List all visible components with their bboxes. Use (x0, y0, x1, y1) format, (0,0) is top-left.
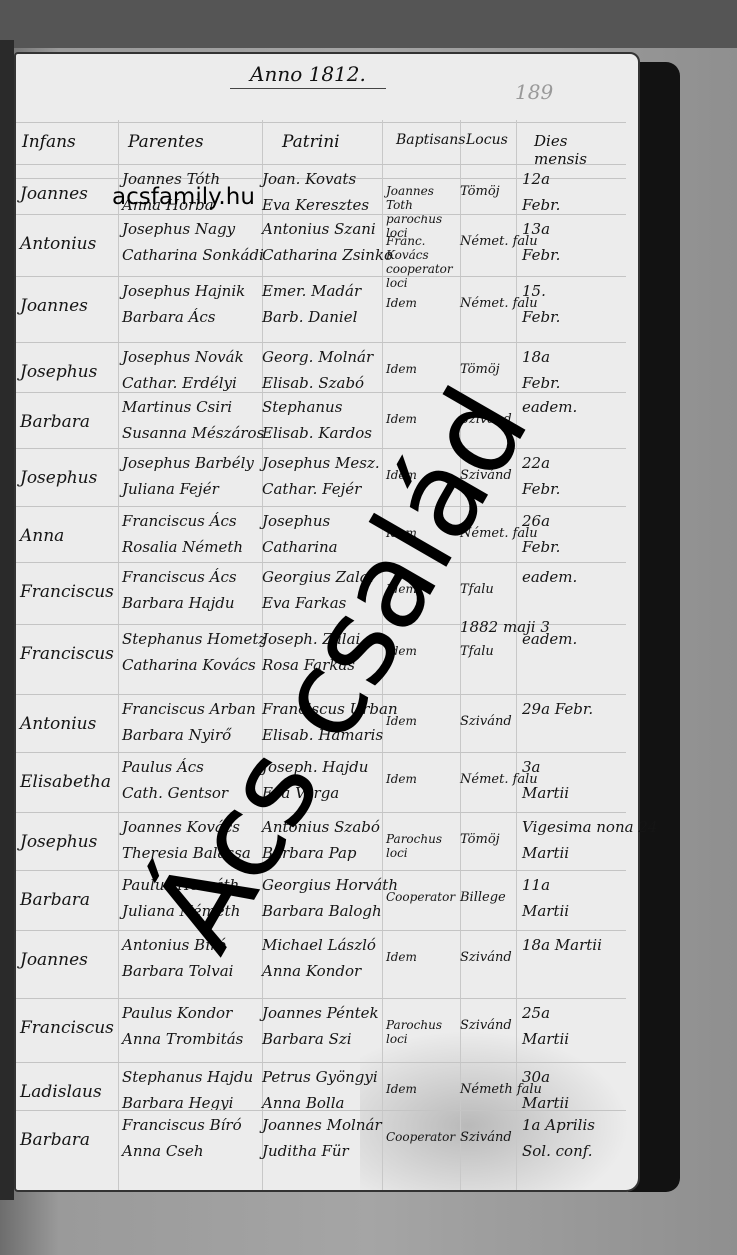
entry-infans: Elisabetha (20, 772, 111, 792)
entry-godparent: Josephus (262, 512, 330, 530)
entry-baptisans: Idem (386, 1082, 458, 1096)
ruled-line (16, 930, 626, 931)
ruled-line (16, 1062, 626, 1063)
entry-locus: Tfalu (460, 644, 494, 659)
column-rule (516, 120, 517, 1190)
entry-mother: Susanna Mészáros (122, 424, 264, 442)
entry-baptisans: Franc. Kovács cooperator loci (386, 234, 458, 290)
entry-mother: Barbara Nyirő (122, 726, 231, 744)
entry-godparent: Cathar. Fejér (262, 480, 361, 498)
entry-infans: Joannes (20, 184, 88, 204)
entry-infans: Josephus (20, 362, 97, 382)
entry-date: 30a (522, 1068, 550, 1086)
ruled-line (16, 122, 626, 123)
entry-godparent: Elisab. Szabó (262, 374, 364, 392)
entry-godparent: Antonius Szani (262, 220, 376, 238)
entry-locus: Szivánd (460, 1018, 512, 1033)
entry-infans: Franciscus (20, 582, 114, 602)
entry-infans: Josephus (20, 468, 97, 488)
entry-godparent: Elisab. Kardos (262, 424, 372, 442)
page-number: 189 (515, 80, 553, 104)
entry-father: Josephus Nagy (122, 220, 235, 238)
entry-godparent: Emer. Madár (262, 282, 361, 300)
entry-mother: Juliana Fejér (122, 480, 219, 498)
entry-infans: Barbara (20, 890, 90, 910)
entry-godparent: Joannes Molnár (262, 1116, 382, 1134)
entry-date: 3a (522, 758, 541, 776)
column-rule (118, 120, 119, 1190)
entry-godparent: Joan. Kovats (262, 170, 356, 188)
entry-month: Martii (522, 902, 569, 920)
entry-baptisans: Joannes Toth parochus loci (386, 184, 458, 240)
left-page-edge (0, 40, 14, 1200)
header-dies: Dies mensis (534, 132, 604, 168)
entry-father: Franciscus Bíró (122, 1116, 242, 1134)
entry-mother: Catharina Kovács (122, 656, 256, 674)
entry-locus: Tömöj (460, 832, 500, 847)
entry-father: Stephanus Hajdu (122, 1068, 253, 1086)
entry-date: 11a (522, 876, 550, 894)
entry-infans: Antonius (20, 714, 96, 734)
entry-mother: Cathar. Erdélyi (122, 374, 237, 392)
ruled-line (16, 1110, 626, 1111)
header-baptisans: Baptisans (396, 132, 465, 148)
entry-date: 18a Martii (522, 936, 602, 954)
header-parentes: Parentes (128, 132, 204, 152)
entry-godparent: Barbara Szi (262, 1030, 352, 1048)
entry-father: Franciscus Ács (122, 568, 237, 586)
entry-locus: Szivánd (460, 950, 512, 965)
entry-baptisans: Idem (386, 296, 458, 310)
entry-locus: Szivánd (460, 714, 512, 729)
entry-godparent: Juditha Für (262, 1142, 349, 1160)
entry-godparent: Georg. Molnár (262, 348, 373, 366)
entry-mother: Anna Cseh (122, 1142, 204, 1160)
entry-infans: Barbara (20, 1130, 90, 1150)
entry-baptisans: Idem (386, 950, 458, 964)
entry-month: Martii (522, 1030, 569, 1048)
entry-baptisans: Cooperator (386, 890, 458, 904)
entry-locus: Szivánd (460, 1130, 512, 1145)
entry-infans: Barbara (20, 412, 90, 432)
entry-godparent: Barb. Daniel (262, 308, 357, 326)
entry-mother: Barbara Ács (122, 308, 216, 326)
entry-baptisans: Cooperator (386, 1130, 458, 1144)
entry-infans: Franciscus (20, 644, 114, 664)
entry-infans: Anna (20, 526, 64, 546)
entry-month: Martii (522, 784, 569, 802)
entry-date: 13a (522, 220, 550, 238)
entry-locus: Tömöj (460, 184, 500, 199)
header-infans: Infans (22, 132, 76, 152)
entry-infans: Franciscus (20, 1018, 114, 1038)
entry-father: Franciscus Ács (122, 512, 237, 530)
entry-godparent: Catharina Zsinko (262, 246, 393, 264)
entry-date: 25a (522, 1004, 550, 1022)
entry-note: 1882 maji 3 (460, 618, 550, 636)
entry-month: Febr. (522, 196, 560, 214)
entry-father: Stephanus Hometz (122, 630, 266, 648)
entry-date: 15. (522, 282, 546, 300)
entry-father: Josephus Novák (122, 348, 244, 366)
entry-infans: Joannes (20, 296, 88, 316)
entry-month: Febr. (522, 538, 560, 556)
watermark-url: acsfamily.hu (112, 184, 255, 210)
entry-month: Febr. (522, 246, 560, 264)
entry-month: Febr. (522, 480, 560, 498)
ruled-line (16, 276, 626, 277)
header-patrini: Patrini (282, 132, 340, 152)
entry-godparent: Michael László (262, 936, 376, 954)
ruled-line (16, 164, 626, 165)
entry-godparent: Petrus Gyöngyi (262, 1068, 378, 1086)
entry-baptisans: Parochus loci (386, 1018, 458, 1046)
ruled-line (16, 870, 626, 871)
entry-baptisans: Idem (386, 714, 458, 728)
entry-godparent: Josephus Mesz. (262, 454, 380, 472)
scan-top-edge (0, 0, 737, 48)
entry-godparent: Joannes Péntek (262, 1004, 379, 1022)
ruled-line (16, 214, 626, 215)
entry-date: 1a Aprilis (522, 1116, 595, 1134)
entry-father: Martinus Csiri (122, 398, 232, 416)
entry-baptisans: Parochus loci (386, 832, 458, 860)
entry-infans: Antonius (20, 234, 96, 254)
entry-date: eadem. (522, 568, 577, 586)
entry-date: Vigesima nona 24 (522, 818, 657, 836)
entry-mother: Barbara Hajdu (122, 594, 235, 612)
entry-father: Josephus Hajnik (122, 282, 245, 300)
entry-infans: Ladislaus (20, 1082, 102, 1102)
entry-baptisans: Idem (386, 772, 458, 786)
entry-infans: Joannes (20, 950, 88, 970)
entry-mother: Catharina Sonkádi (122, 246, 264, 264)
ruled-line (16, 506, 626, 507)
entry-mother: Rosalia Németh (122, 538, 243, 556)
entry-date: 12a (522, 170, 550, 188)
entry-date: 26a (522, 512, 550, 530)
entry-date: 29a Febr. (522, 700, 593, 718)
page-title: Anno 1812. (230, 62, 386, 89)
ruled-line (16, 998, 626, 999)
entry-infans: Josephus (20, 832, 97, 852)
header-locus: Locus (466, 132, 508, 148)
entry-month: Sol. conf. (522, 1142, 593, 1160)
entry-godparent: Eva Keresztes (262, 196, 369, 214)
entry-locus: Billege (460, 890, 506, 905)
entry-month: Martii (522, 844, 569, 862)
entry-father: Josephus Barbély (122, 454, 254, 472)
entry-godparent: Anna Kondor (262, 962, 361, 980)
entry-father: Paulus Ács (122, 758, 204, 776)
entry-godparent: Stephanus (262, 398, 342, 416)
